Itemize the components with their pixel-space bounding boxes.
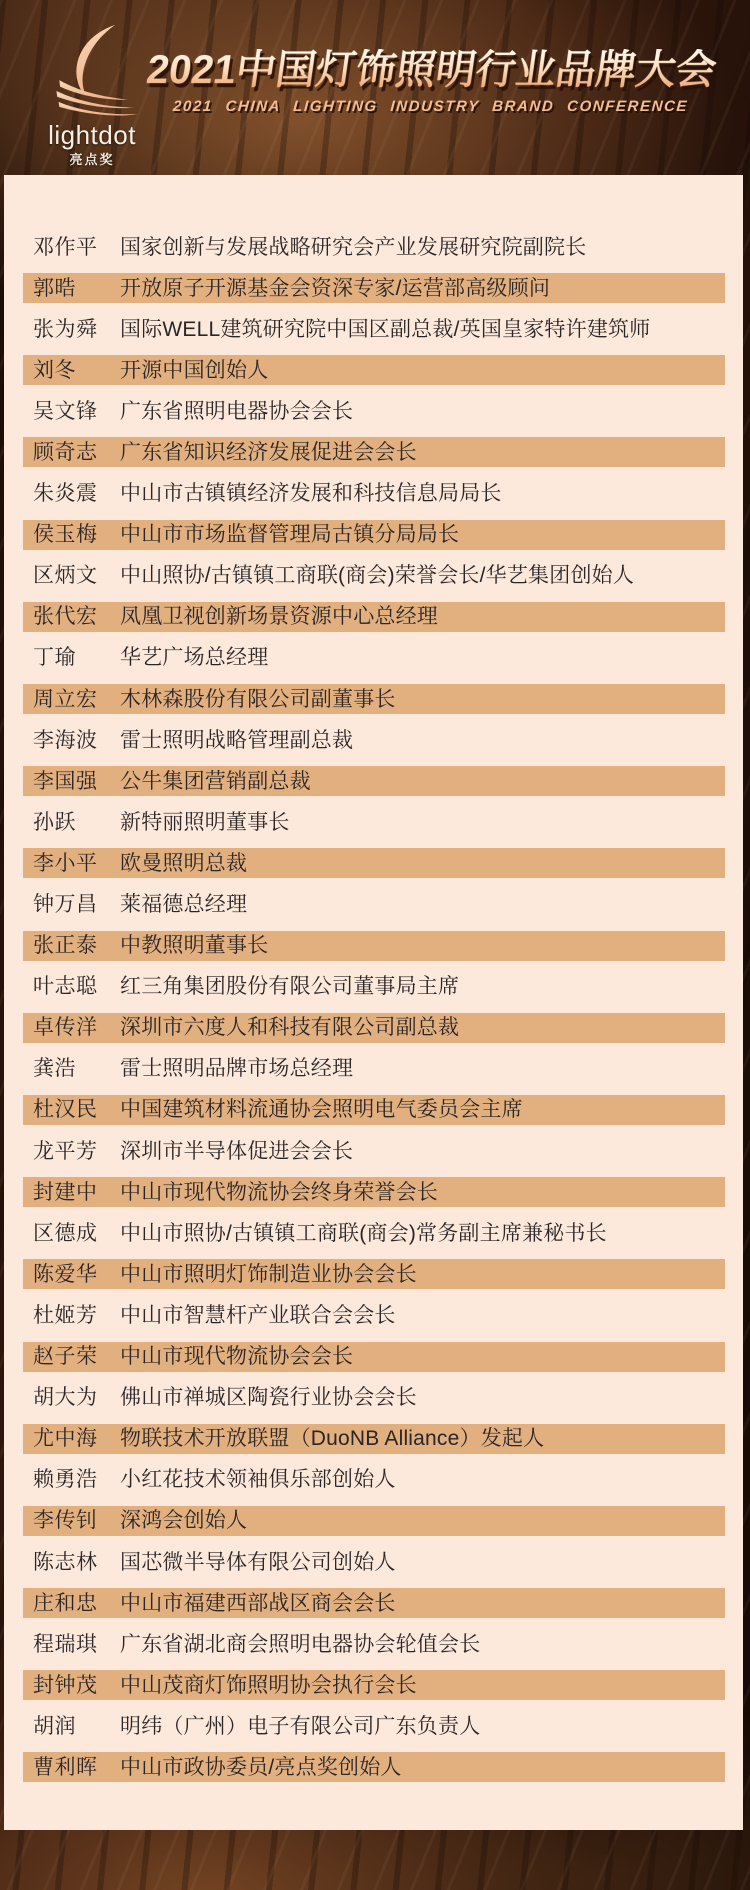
guest-title: 广东省照明电器协会会长 bbox=[120, 401, 725, 422]
guest-name: 陈爱华 bbox=[33, 1264, 120, 1285]
guest-title: 中山茂商灯饰照明协会执行会长 bbox=[120, 1675, 725, 1696]
logo-award-text: 亮点奖 bbox=[36, 153, 148, 166]
guest-row: 李国强 公牛集团营销副总裁 bbox=[23, 766, 725, 796]
guest-row: 刘冬 开源中国创始人 bbox=[23, 355, 725, 385]
guest-title: 木林森股份有限公司副董事长 bbox=[120, 689, 725, 710]
guest-name: 程瑞琪 bbox=[33, 1634, 120, 1655]
conference-title-cn: 2021中国灯饰照明行业品牌大会 bbox=[144, 49, 719, 91]
guest-row: 庄和忠 中山市福建西部战区商会会长 bbox=[23, 1588, 725, 1618]
guest-name: 邓作平 bbox=[33, 237, 120, 258]
guest-title: 华艺广场总经理 bbox=[120, 647, 725, 668]
guest-name: 杜姬芳 bbox=[33, 1305, 120, 1326]
guest-rows: 邓作平 国家创新与发展战略研究会产业发展研究院副院长 郭晧 开放原子开源基金会资… bbox=[23, 232, 725, 1782]
guest-title: 中山市政协委员/亮点奖创始人 bbox=[120, 1757, 725, 1778]
guest-name: 曹利晖 bbox=[33, 1757, 120, 1778]
guest-name: 陈志林 bbox=[33, 1552, 120, 1573]
guest-title: 中山照协/古镇镇工商联(商会)荣誉会长/华艺集团创始人 bbox=[120, 565, 725, 586]
guest-name: 吴文锋 bbox=[33, 401, 120, 422]
lightdot-logo: lightdot 亮点奖 bbox=[36, 22, 148, 166]
guest-row: 孙跃 新特丽照明董事长 bbox=[23, 807, 725, 837]
guest-name: 李小平 bbox=[33, 853, 120, 874]
guest-name: 胡润 bbox=[33, 1716, 120, 1737]
guest-name: 封建中 bbox=[33, 1182, 120, 1203]
guest-title: 莱福德总经理 bbox=[120, 894, 725, 915]
guest-row: 李传钊 深鸿会创始人 bbox=[23, 1506, 725, 1536]
guest-name: 张为舜 bbox=[33, 319, 120, 340]
guest-name: 张正泰 bbox=[33, 935, 120, 956]
guest-row: 陈志林 国芯微半导体有限公司创始人 bbox=[23, 1547, 725, 1577]
guest-title: 国芯微半导体有限公司创始人 bbox=[120, 1552, 725, 1573]
guest-row: 张代宏 凤凰卫视创新场景资源中心总经理 bbox=[23, 602, 725, 632]
guest-list-panel: 邓作平 国家创新与发展战略研究会产业发展研究院副院长 郭晧 开放原子开源基金会资… bbox=[4, 175, 743, 1830]
guest-row: 郭晧 开放原子开源基金会资深专家/运营部高级顾问 bbox=[23, 273, 725, 303]
guest-title: 中国建筑材料流通协会照明电气委员会主席 bbox=[120, 1099, 725, 1120]
guest-name: 李国强 bbox=[33, 771, 120, 792]
guest-title: 中山市市场监督管理局古镇分局局长 bbox=[120, 524, 725, 545]
guest-title: 中教照明董事长 bbox=[120, 935, 725, 956]
guest-title: 深圳市六度人和科技有限公司副总裁 bbox=[120, 1017, 725, 1038]
guest-row: 周立宏 木林森股份有限公司副董事长 bbox=[23, 684, 725, 714]
guest-name: 赖勇浩 bbox=[33, 1469, 120, 1490]
guest-name: 封钟茂 bbox=[33, 1675, 120, 1696]
guest-row: 尤中海 物联技术开放联盟（DuoNB Alliance）发起人 bbox=[23, 1424, 725, 1454]
guest-name: 郭晧 bbox=[33, 278, 120, 299]
guest-row: 杜姬芳 中山市智慧杆产业联合会会长 bbox=[23, 1300, 725, 1330]
guest-name: 区炳文 bbox=[33, 565, 120, 586]
guest-row: 杜汉民 中国建筑材料流通协会照明电气委员会主席 bbox=[23, 1095, 725, 1125]
guest-name: 尤中海 bbox=[33, 1428, 120, 1449]
guest-title: 小红花技术领袖俱乐部创始人 bbox=[120, 1469, 725, 1490]
guest-title: 开源中国创始人 bbox=[120, 360, 725, 381]
guest-row: 赖勇浩 小红花技术领袖俱乐部创始人 bbox=[23, 1465, 725, 1495]
guest-row: 曹利晖 中山市政协委员/亮点奖创始人 bbox=[23, 1752, 725, 1782]
guest-name: 丁瑜 bbox=[33, 647, 120, 668]
header: lightdot 亮点奖 2021中国灯饰照明行业品牌大会 2021 CHINA… bbox=[0, 0, 750, 175]
guest-name: 叶志聪 bbox=[33, 976, 120, 997]
guest-name: 杜汉民 bbox=[33, 1099, 120, 1120]
guest-title: 佛山市禅城区陶瓷行业协会会长 bbox=[120, 1387, 725, 1408]
guest-name: 侯玉梅 bbox=[33, 524, 120, 545]
guest-title: 广东省湖北商会照明电器协会轮值会长 bbox=[120, 1634, 725, 1655]
guest-title: 中山市智慧杆产业联合会会长 bbox=[120, 1305, 725, 1326]
guest-title: 深鸿会创始人 bbox=[120, 1510, 725, 1531]
guest-name: 庄和忠 bbox=[33, 1593, 120, 1614]
guest-row: 邓作平 国家创新与发展战略研究会产业发展研究院副院长 bbox=[23, 232, 725, 262]
guest-title: 明纬（广州）电子有限公司广东负责人 bbox=[120, 1716, 725, 1737]
guest-row: 胡润 明纬（广州）电子有限公司广东负责人 bbox=[23, 1711, 725, 1741]
guest-name: 钟万昌 bbox=[33, 894, 120, 915]
guest-row: 丁瑜 华艺广场总经理 bbox=[23, 643, 725, 673]
guest-row: 赵子荣 中山市现代物流协会会长 bbox=[23, 1342, 725, 1372]
guest-name: 周立宏 bbox=[33, 689, 120, 710]
guest-title: 深圳市半导体促进会会长 bbox=[120, 1141, 725, 1162]
logo-brand-text: lightdot bbox=[36, 122, 148, 148]
guest-title: 中山市福建西部战区商会会长 bbox=[120, 1593, 725, 1614]
guest-title: 国家创新与发展战略研究会产业发展研究院副院长 bbox=[120, 237, 725, 258]
guest-row: 龚浩 雷士照明品牌市场总经理 bbox=[23, 1054, 725, 1084]
guest-title: 凤凰卫视创新场景资源中心总经理 bbox=[120, 606, 725, 627]
guest-name: 朱炎震 bbox=[33, 483, 120, 504]
conference-title-en: 2021 CHINA LIGHTING INDUSTRY BRAND CONFE… bbox=[173, 98, 689, 115]
guest-name: 龙平芳 bbox=[33, 1141, 120, 1162]
conference-poster: lightdot 亮点奖 2021中国灯饰照明行业品牌大会 2021 CHINA… bbox=[0, 0, 750, 1890]
guest-title: 欧曼照明总裁 bbox=[120, 853, 725, 874]
guest-row: 区炳文 中山照协/古镇镇工商联(商会)荣誉会长/华艺集团创始人 bbox=[23, 561, 725, 591]
guest-row: 封钟茂 中山茂商灯饰照明协会执行会长 bbox=[23, 1670, 725, 1700]
guest-name: 孙跃 bbox=[33, 812, 120, 833]
guest-name: 龚浩 bbox=[33, 1058, 120, 1079]
guest-row: 吴文锋 广东省照明电器协会会长 bbox=[23, 396, 725, 426]
guest-row: 程瑞琪 广东省湖北商会照明电器协会轮值会长 bbox=[23, 1629, 725, 1659]
guest-title: 中山市现代物流协会会长 bbox=[120, 1346, 725, 1367]
guest-title: 公牛集团营销副总裁 bbox=[120, 771, 725, 792]
guest-row: 卓传洋 深圳市六度人和科技有限公司副总裁 bbox=[23, 1013, 725, 1043]
guest-name: 区德成 bbox=[33, 1223, 120, 1244]
guest-name: 张代宏 bbox=[33, 606, 120, 627]
guest-row: 龙平芳 深圳市半导体促进会会长 bbox=[23, 1136, 725, 1166]
guest-title: 中山市照明灯饰制造业协会会长 bbox=[120, 1264, 725, 1285]
guest-row: 张正泰 中教照明董事长 bbox=[23, 931, 725, 961]
lightdot-crescent-icon bbox=[40, 22, 144, 120]
guest-row: 侯玉梅 中山市市场监督管理局古镇分局局长 bbox=[23, 520, 725, 550]
guest-row: 封建中 中山市现代物流协会终身荣誉会长 bbox=[23, 1177, 725, 1207]
guest-name: 胡大为 bbox=[33, 1387, 120, 1408]
guest-title: 中山市现代物流协会终身荣誉会长 bbox=[120, 1182, 725, 1203]
guest-row: 顾奇志 广东省知识经济发展促进会会长 bbox=[23, 437, 725, 467]
guest-row: 李小平 欧曼照明总裁 bbox=[23, 848, 725, 878]
guest-title: 雷士照明品牌市场总经理 bbox=[120, 1058, 725, 1079]
guest-row: 李海波 雷士照明战略管理副总裁 bbox=[23, 725, 725, 755]
guest-title: 红三角集团股份有限公司董事局主席 bbox=[120, 976, 725, 997]
guest-name: 顾奇志 bbox=[33, 442, 120, 463]
guest-row: 张为舜 国际WELL建筑研究院中国区副总裁/英国皇家特许建筑师 bbox=[23, 314, 725, 344]
guest-name: 李传钊 bbox=[33, 1510, 120, 1531]
guest-title: 开放原子开源基金会资深专家/运营部高级顾问 bbox=[120, 278, 725, 299]
guest-row: 胡大为 佛山市禅城区陶瓷行业协会会长 bbox=[23, 1383, 725, 1413]
guest-row: 陈爱华 中山市照明灯饰制造业协会会长 bbox=[23, 1259, 725, 1289]
guest-name: 卓传洋 bbox=[33, 1017, 120, 1038]
guest-title: 新特丽照明董事长 bbox=[120, 812, 725, 833]
guest-row: 区德成 中山市照协/古镇镇工商联(商会)常务副主席兼秘书长 bbox=[23, 1218, 725, 1248]
guest-title: 中山市古镇镇经济发展和科技信息局局长 bbox=[120, 483, 725, 504]
guest-row: 朱炎震 中山市古镇镇经济发展和科技信息局局长 bbox=[23, 479, 725, 509]
guest-title: 广东省知识经济发展促进会会长 bbox=[120, 442, 725, 463]
guest-row: 钟万昌 莱福德总经理 bbox=[23, 890, 725, 920]
title-block: 2021中国灯饰照明行业品牌大会 2021 CHINA LIGHTING IND… bbox=[142, 49, 720, 116]
guest-name: 赵子荣 bbox=[33, 1346, 120, 1367]
guest-name: 刘冬 bbox=[33, 360, 120, 381]
guest-title: 雷士照明战略管理副总裁 bbox=[120, 730, 725, 751]
guest-title: 中山市照协/古镇镇工商联(商会)常务副主席兼秘书长 bbox=[120, 1223, 725, 1244]
guest-name: 李海波 bbox=[33, 730, 120, 751]
guest-title: 物联技术开放联盟（DuoNB Alliance）发起人 bbox=[120, 1428, 725, 1449]
guest-row: 叶志聪 红三角集团股份有限公司董事局主席 bbox=[23, 972, 725, 1002]
guest-title: 国际WELL建筑研究院中国区副总裁/英国皇家特许建筑师 bbox=[120, 319, 725, 340]
